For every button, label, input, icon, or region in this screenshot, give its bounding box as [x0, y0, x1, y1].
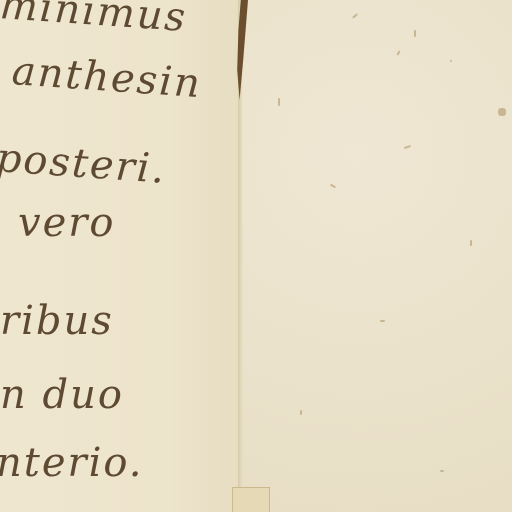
paper-fiber — [404, 145, 411, 149]
paper-fiber — [352, 13, 358, 18]
paper-fiber — [414, 30, 416, 37]
handwritten-line-3: posteri. — [0, 135, 168, 193]
paper-fiber — [380, 320, 385, 322]
paper-fiber — [498, 108, 506, 116]
handwritten-line-5: ribus — [0, 298, 114, 344]
paper-fiber — [470, 240, 472, 246]
handwritten-line-4: vero — [18, 200, 115, 246]
paper-fiber — [396, 50, 400, 55]
handwritten-line-1: minimus — [0, 0, 189, 41]
paper-fiber — [450, 60, 452, 62]
paper-fiber — [300, 410, 302, 415]
paper-fiber — [330, 184, 336, 189]
paper-label-slip — [232, 487, 270, 512]
paper-fiber — [278, 98, 280, 106]
handwritten-line-2: anthesin — [10, 48, 203, 107]
handwritten-line-7: nterio. — [0, 440, 144, 486]
handwritten-line-6: n duo — [0, 372, 124, 418]
paper-fiber — [440, 470, 444, 472]
manuscript-sheet: minimus anthesin posteri. vero ribus n d… — [0, 0, 238, 512]
